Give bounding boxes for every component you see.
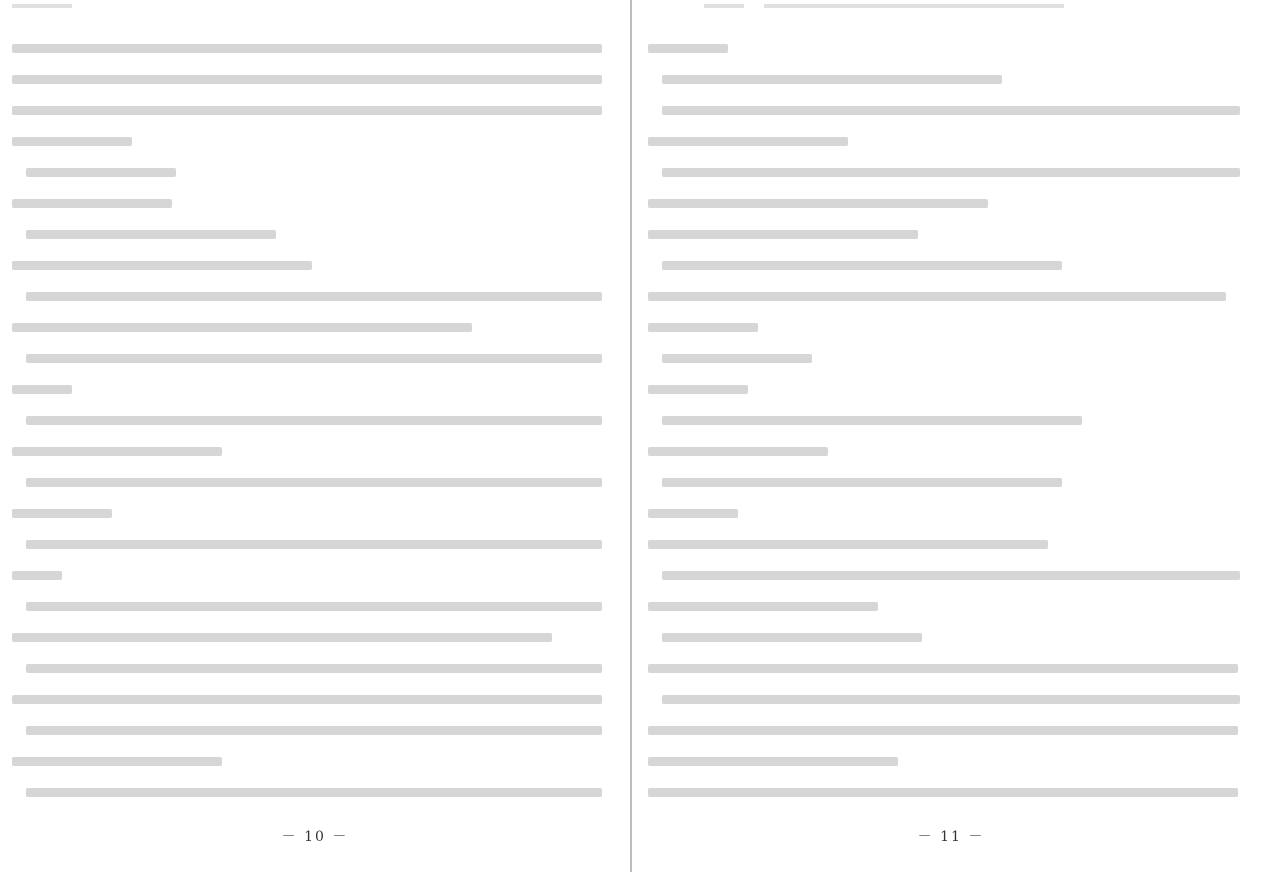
text-placeholder [12,447,222,456]
text-line [12,687,616,718]
text-line [648,129,1260,160]
text-line [12,563,616,594]
text-line [12,346,616,377]
text-placeholder [648,292,1226,301]
text-placeholder [26,230,276,239]
text-placeholder [662,695,1240,704]
cropped-line-fragment [644,0,1256,12]
text-line [648,408,1260,439]
text-line [648,563,1260,594]
text-placeholder [662,168,1240,177]
text-line [12,160,616,191]
text-line [648,67,1260,98]
text-placeholder [26,602,602,611]
text-line [648,687,1260,718]
text-placeholder [12,261,312,270]
text-placeholder [26,168,176,177]
text-placeholder [26,726,602,735]
text-placeholder [648,602,878,611]
text-placeholder [26,788,602,797]
text-placeholder [12,633,552,642]
text-placeholder [12,106,602,115]
text-line [648,780,1260,811]
right-page-number: － 11 － [632,826,1270,846]
text-placeholder [12,695,602,704]
text-line [12,129,616,160]
text-line [648,315,1260,346]
text-placeholder [12,199,172,208]
text-line [12,284,616,315]
text-placeholder [648,137,848,146]
text-placeholder [662,261,1062,270]
text-line [648,439,1260,470]
text-line [12,749,616,780]
text-placeholder [662,633,922,642]
text-line [648,253,1260,284]
text-line [12,377,616,408]
text-line [12,625,616,656]
text-placeholder [648,447,828,456]
text-line [648,284,1260,315]
text-line [12,439,616,470]
text-placeholder [662,478,1062,487]
text-line [12,718,616,749]
text-line [648,594,1260,625]
text-placeholder [662,354,812,363]
text-line [648,98,1260,129]
text-placeholder [26,354,602,363]
text-line [12,780,616,811]
text-placeholder [12,137,132,146]
text-placeholder [12,385,72,394]
text-placeholder [662,416,1082,425]
text-placeholder [12,323,472,332]
text-line [648,625,1260,656]
right-page: － 11 － [632,0,1270,872]
text-line [648,36,1260,67]
text-line [648,501,1260,532]
text-line [648,346,1260,377]
text-placeholder [26,540,602,549]
text-placeholder [662,75,1002,84]
left-page-number: － 10 － [0,826,630,846]
text-placeholder [648,726,1238,735]
text-placeholder [26,478,602,487]
text-line [12,36,616,67]
text-placeholder [648,540,1048,549]
text-line [12,470,616,501]
text-placeholder [12,75,602,84]
text-line [648,470,1260,501]
text-line [648,222,1260,253]
text-line [12,408,616,439]
text-line [12,67,616,98]
right-page-body [648,36,1260,811]
text-placeholder [26,416,602,425]
text-line [12,594,616,625]
cropped-line-fragment [12,0,616,12]
text-placeholder [12,757,222,766]
text-placeholder [12,571,62,580]
text-placeholder [26,664,602,673]
text-line [12,315,616,346]
text-line [12,501,616,532]
text-line [648,532,1260,563]
text-line [648,656,1260,687]
text-line [12,98,616,129]
text-line [12,253,616,284]
text-placeholder [12,44,602,53]
text-line [12,656,616,687]
text-placeholder [662,571,1240,580]
text-placeholder [648,385,748,394]
text-line [12,191,616,222]
text-line [648,749,1260,780]
text-placeholder [648,230,918,239]
text-placeholder [648,199,988,208]
text-placeholder [648,44,728,53]
text-line [12,532,616,563]
text-placeholder [648,788,1238,797]
text-placeholder [648,664,1238,673]
text-line [648,191,1260,222]
text-line [12,222,616,253]
text-placeholder [648,323,758,332]
text-line [648,718,1260,749]
text-placeholder [648,509,738,518]
left-page: － 10 － [0,0,630,872]
text-placeholder [12,509,112,518]
text-placeholder [26,292,602,301]
left-page-body [12,36,616,811]
text-line [648,160,1260,191]
text-placeholder [662,106,1240,115]
book-spread: － 10 － － 11 － [0,0,1270,872]
text-line [648,377,1260,408]
text-placeholder [648,757,898,766]
